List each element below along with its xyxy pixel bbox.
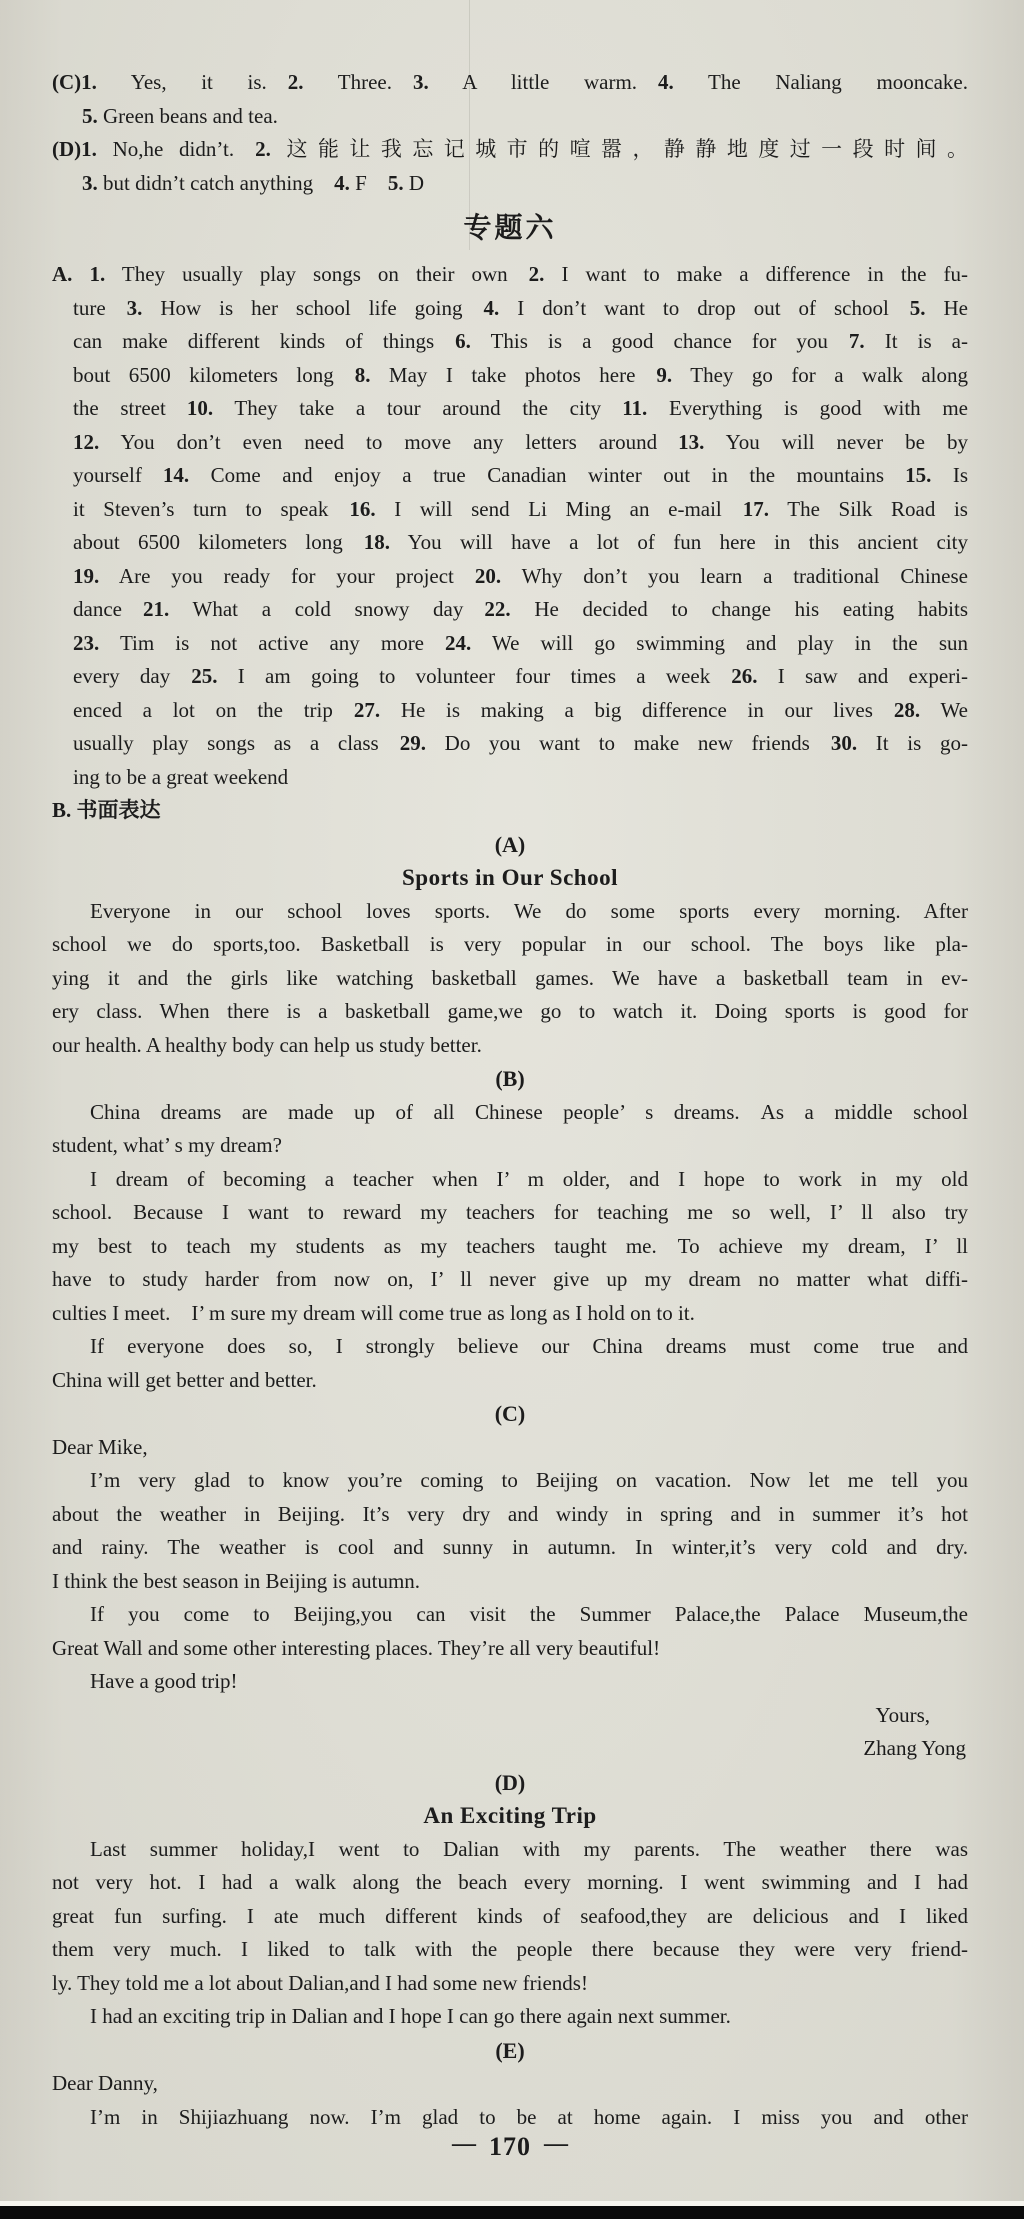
answer-line: A. 1. They usually play songs on their o… xyxy=(52,258,968,292)
item-number: (D) xyxy=(52,137,81,161)
essay-marker: (B) xyxy=(52,1062,968,1096)
essay-marker: (D) xyxy=(52,1766,968,1800)
item-number: 3. xyxy=(413,70,429,94)
answer-line: 5. Green beans and tea. xyxy=(52,100,968,134)
item-number: 4. xyxy=(658,70,674,94)
answer-line: ing to be a great weekend xyxy=(52,761,968,795)
item-number: 3. xyxy=(127,296,143,320)
paragraph-line: and rainy. The weather is cool and sunny… xyxy=(52,1531,968,1565)
item-number: 8. xyxy=(355,363,371,387)
item-number: 1. xyxy=(81,70,97,94)
paragraph-line: I’m in Shijiazhuang now. I’m glad to be … xyxy=(52,2101,968,2135)
item-number: 2. xyxy=(529,262,545,286)
answer-line: enced a lot on the trip 27. He is making… xyxy=(52,694,968,728)
paragraph-line: school. Because I want to reward my teac… xyxy=(52,1196,968,1230)
page-number-dash: — xyxy=(544,2131,568,2157)
letter-signature: Yours, xyxy=(52,1699,968,1733)
page-number-dash: — xyxy=(452,2131,476,2157)
answer-line: ture 3. How is her school life going 4. … xyxy=(52,292,968,326)
answer-line: the street 10. They take a tour around t… xyxy=(52,392,968,426)
paragraph-line: ery class. When there is a basketball ga… xyxy=(52,995,968,1029)
item-number: 26. xyxy=(731,664,757,688)
item-number: 27. xyxy=(354,698,380,722)
paragraph-line: I dream of becoming a teacher when I’ m … xyxy=(52,1163,968,1197)
essay-marker: (E) xyxy=(52,2034,968,2068)
essay-marker: (A) xyxy=(52,828,968,862)
letter-salutation: Dear Danny, xyxy=(52,2067,968,2101)
item-number: B. xyxy=(52,798,71,822)
textbook-page: (C)1. Yes, it is. 2. Three. 3. A little … xyxy=(0,0,1024,2219)
paragraph-line: ly. They told me a lot about Dalian,and … xyxy=(52,1967,968,2001)
item-number: 10. xyxy=(187,396,213,420)
item-number: 29. xyxy=(400,731,426,755)
paragraph-line: China will get better and better. xyxy=(52,1364,968,1398)
answer-line: bout 6500 kilometers long 8. May I take … xyxy=(52,359,968,393)
answer-line: dance 21. What a cold snowy day 22. He d… xyxy=(52,593,968,627)
paragraph-line: my best to teach my students as my teach… xyxy=(52,1230,968,1264)
answer-line: about 6500 kilometers long 18. You will … xyxy=(52,526,968,560)
paragraph-line: If everyone does so, I strongly believe … xyxy=(52,1330,968,1364)
item-number: (C) xyxy=(52,70,81,94)
paragraph-line: have to study harder from now on, I’ ll … xyxy=(52,1263,968,1297)
item-number: 5. xyxy=(910,296,926,320)
answer-line: yourself 14. Come and enjoy a true Canad… xyxy=(52,459,968,493)
item-number: 21. xyxy=(143,597,169,621)
item-number: 20. xyxy=(475,564,501,588)
paragraph-line: Last summer holiday,I went to Dalian wit… xyxy=(52,1833,968,1867)
answer-line: (D)1. No,he didn’t. 2. 这能让我忘记城市的喧嚣，静静地度过… xyxy=(52,133,968,167)
answer-line: it Steven’s turn to speak 16. I will sen… xyxy=(52,493,968,527)
page-number-row: —170— xyxy=(52,2130,968,2165)
item-number: 2. xyxy=(288,70,304,94)
paragraph-line: Have a good trip! xyxy=(52,1665,968,1699)
paragraph-line: our health. A healthy body can help us s… xyxy=(52,1029,968,1063)
paragraph-line: about the weather in Beijing. It’s very … xyxy=(52,1498,968,1532)
item-number: 5. xyxy=(82,104,98,128)
section-heading: 专题六 xyxy=(52,200,968,258)
item-number: 19. xyxy=(73,564,99,588)
answer-line: 19. Are you ready for your project 20. W… xyxy=(52,560,968,594)
paragraph-line: Great Wall and some other interesting pl… xyxy=(52,1632,968,1666)
item-number: 23. xyxy=(73,631,99,655)
answer-line: 23. Tim is not active any more 24. We wi… xyxy=(52,627,968,661)
item-number: 12. xyxy=(73,430,99,454)
paragraph-line: Everyone in our school loves sports. We … xyxy=(52,895,968,929)
letter-salutation: Dear Mike, xyxy=(52,1431,968,1465)
answer-line: can make different kinds of things 6. Th… xyxy=(52,325,968,359)
item-number: 18. xyxy=(364,530,390,554)
item-number: 2. xyxy=(255,137,271,161)
item-number: 30. xyxy=(831,731,857,755)
answer-line: every day 25. I am going to volunteer fo… xyxy=(52,660,968,694)
item-number: 7. xyxy=(849,329,865,353)
answer-line: (C)1. Yes, it is. 2. Three. 3. A little … xyxy=(52,66,968,100)
subsection-heading: B. 书面表达 xyxy=(52,794,968,828)
item-number: 4. xyxy=(334,171,350,195)
item-number: 11. xyxy=(622,396,647,420)
item-number: 3. xyxy=(82,171,98,195)
essay-title: An Exciting Trip xyxy=(52,1799,968,1833)
page-number: 170 xyxy=(476,2132,544,2161)
item-number: 6. xyxy=(455,329,471,353)
item-number: 25. xyxy=(191,664,217,688)
answer-line: usually play songs as a class 29. Do you… xyxy=(52,727,968,761)
answer-line: 12. You don’t even need to move any lett… xyxy=(52,426,968,460)
item-number: 17. xyxy=(743,497,769,521)
item-number: 1. xyxy=(89,262,105,286)
paragraph-line: China dreams are made up of all Chinese … xyxy=(52,1096,968,1130)
item-number: 1. xyxy=(81,137,97,161)
paragraph-line: them very much. I liked to talk with the… xyxy=(52,1933,968,1967)
essay-title: Sports in Our School xyxy=(52,861,968,895)
item-number: 24. xyxy=(445,631,471,655)
item-number: 5. xyxy=(388,171,404,195)
item-number: 9. xyxy=(656,363,672,387)
essay-marker: (C) xyxy=(52,1397,968,1431)
item-number: 15. xyxy=(905,463,931,487)
item-number: 28. xyxy=(894,698,920,722)
page-lines: (C)1. Yes, it is. 2. Three. 3. A little … xyxy=(52,66,968,2134)
item-number: 22. xyxy=(484,597,510,621)
paragraph-line: I had an exciting trip in Dalian and I h… xyxy=(52,2000,968,2034)
item-number: 4. xyxy=(484,296,500,320)
paragraph-line: If you come to Beijing,you can visit the… xyxy=(52,1598,968,1632)
paragraph-line: ying it and the girls like watching bask… xyxy=(52,962,968,996)
scan-edge-shadow xyxy=(0,2206,1024,2219)
paragraph-line: student, what’ s my dream? xyxy=(52,1129,968,1163)
paragraph-line: school we do sports,too. Basketball is v… xyxy=(52,928,968,962)
letter-signature: Zhang Yong xyxy=(52,1732,968,1766)
item-number: 14. xyxy=(163,463,189,487)
item-number: 13. xyxy=(678,430,704,454)
paragraph-line: I think the best season in Beijing is au… xyxy=(52,1565,968,1599)
paragraph-line: not very hot. I had a walk along the bea… xyxy=(52,1866,968,1900)
answer-line: 3. but didn’t catch anything 4. F 5. D xyxy=(52,167,968,201)
item-number: 16. xyxy=(349,497,375,521)
paragraph-line: great fun surfing. I ate much different … xyxy=(52,1900,968,1934)
paragraph-line: culties I meet. I’ m sure my dream will … xyxy=(52,1297,968,1331)
paragraph-line: I’m very glad to know you’re coming to B… xyxy=(52,1464,968,1498)
item-number: A. xyxy=(52,262,72,286)
